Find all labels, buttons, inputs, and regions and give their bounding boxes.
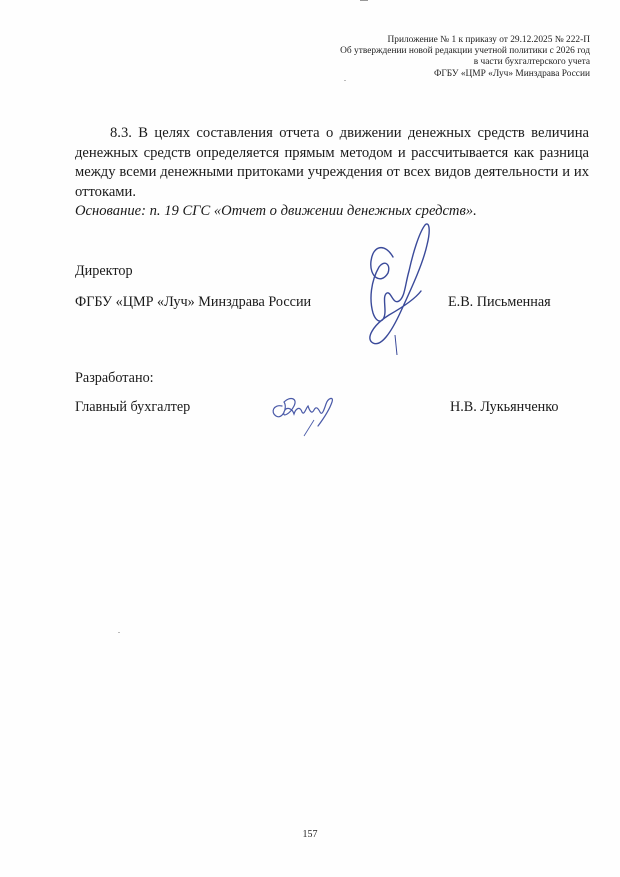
director-title: Директор	[75, 263, 133, 280]
scan-speck	[344, 80, 346, 81]
chief-accountant-name: Н.В. Лукьянченко	[450, 399, 558, 416]
chief-accountant-position: Главный бухгалтер	[75, 399, 190, 416]
document-header: Приложение № 1 к приказу от 29.12.2025 №…	[270, 35, 590, 80]
developed-label: Разработано:	[75, 370, 154, 387]
scan-mark	[360, 0, 368, 1]
director-name: Е.В. Письменная	[448, 294, 551, 311]
header-line: Приложение № 1 к приказу от 29.12.2025 №…	[270, 35, 590, 46]
header-line: Об утверждении новой редакции учетной по…	[270, 46, 590, 57]
header-line: ФГБУ «ЦМР «Луч» Минздрава России	[270, 69, 590, 80]
document-body: 8.3. В целях составления отчета о движен…	[75, 124, 589, 222]
header-line: в части бухгалтерского учета	[270, 57, 590, 68]
page-number: 157	[0, 829, 620, 840]
scan-speck	[118, 632, 120, 633]
director-signature-icon	[355, 215, 440, 355]
paragraph-8-3: 8.3. В целях составления отчета о движен…	[75, 124, 589, 202]
director-organization: ФГБУ «ЦМР «Луч» Минздрава России	[75, 294, 311, 311]
document-page: Приложение № 1 к приказу от 29.12.2025 №…	[0, 0, 620, 877]
basis-note: Основание: п. 19 СГС «Отчет о движении д…	[75, 202, 589, 222]
chief-accountant-signature-icon	[268, 388, 348, 438]
